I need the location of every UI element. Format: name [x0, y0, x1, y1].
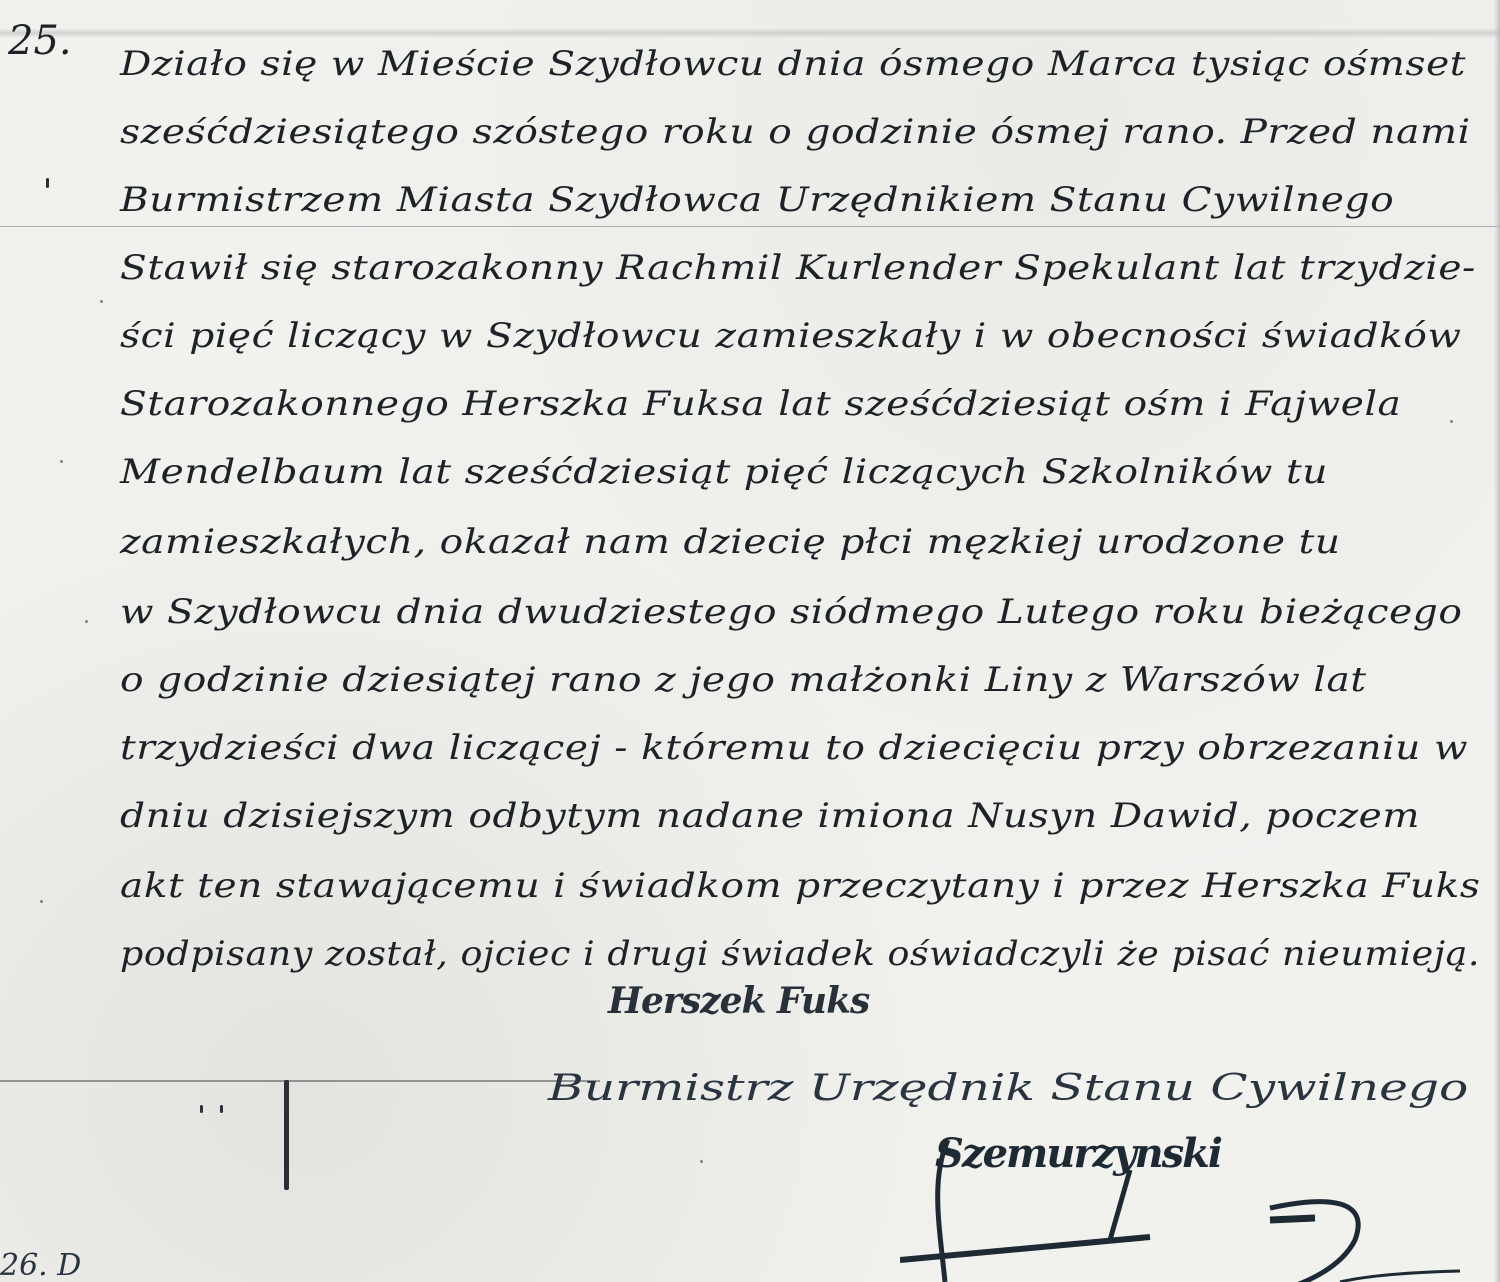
- record-line-11: trzydzieści dwa liczącej - któremu to dz…: [120, 728, 1468, 768]
- official-title: Burmistrz Urzędnik Stanu Cywilnego: [548, 1068, 1468, 1109]
- record-line-14: podpisany został, ojciec i drugi świadek…: [120, 934, 1480, 974]
- signature-rule: [0, 1080, 600, 1082]
- paper-speck: [100, 300, 103, 303]
- document-page: 25. Działo się w Mieście Szydłowcu dnia …: [0, 0, 1500, 1282]
- record-line-12: dniu dzisiejszym odbytym nadane imiona N…: [120, 796, 1420, 836]
- record-line-4: Stawił się starozakonny Rachmil Kurlende…: [120, 248, 1476, 288]
- margin-dot: [46, 178, 49, 188]
- signature-flourish-icon: [900, 1140, 1500, 1282]
- entry-number: 25.: [8, 18, 72, 64]
- margin-dot: [220, 1105, 223, 1113]
- record-line-6: Starozakonnego Herszka Fuksa lat sześćdz…: [120, 384, 1401, 424]
- paper-speck: [700, 1160, 703, 1163]
- margin-ink-mark: [284, 1080, 289, 1190]
- paper-speck: [60, 460, 63, 463]
- record-line-10: o godzinie dziesiątej rano z jego małżon…: [120, 660, 1367, 700]
- page-edge: [1494, 0, 1500, 1282]
- record-line-9: w Szydłowcu dnia dwudziestego siódmego L…: [120, 592, 1462, 632]
- next-entry-fragment: 26. D: [0, 1248, 81, 1282]
- paper-speck: [85, 620, 88, 623]
- horizontal-rule: [0, 226, 1500, 227]
- record-line-3: Burmistrzem Miasta Szydłowca Urzędnikiem…: [120, 180, 1394, 220]
- top-fold-smudge: [0, 28, 1500, 38]
- margin-dot: [200, 1105, 203, 1113]
- record-line-5: ści pięć liczący w Szydłowcu zamieszkały…: [120, 316, 1462, 356]
- record-line-7: Mendelbaum lat sześćdziesiąt pięć licząc…: [120, 452, 1328, 492]
- record-line-8: zamieszkałych, okazał nam dziecię płci m…: [120, 522, 1341, 562]
- record-line-2: sześćdziesiątego szóstego roku o godzini…: [120, 112, 1471, 152]
- paper-speck: [1450, 420, 1453, 423]
- paper-speck: [40, 900, 43, 903]
- witness-signature: Herszek Fuks: [608, 980, 869, 1022]
- record-line-1: Działo się w Mieście Szydłowcu dnia ósme…: [120, 44, 1466, 84]
- record-line-13: akt ten stawającemu i świadkom przeczyta…: [120, 866, 1480, 906]
